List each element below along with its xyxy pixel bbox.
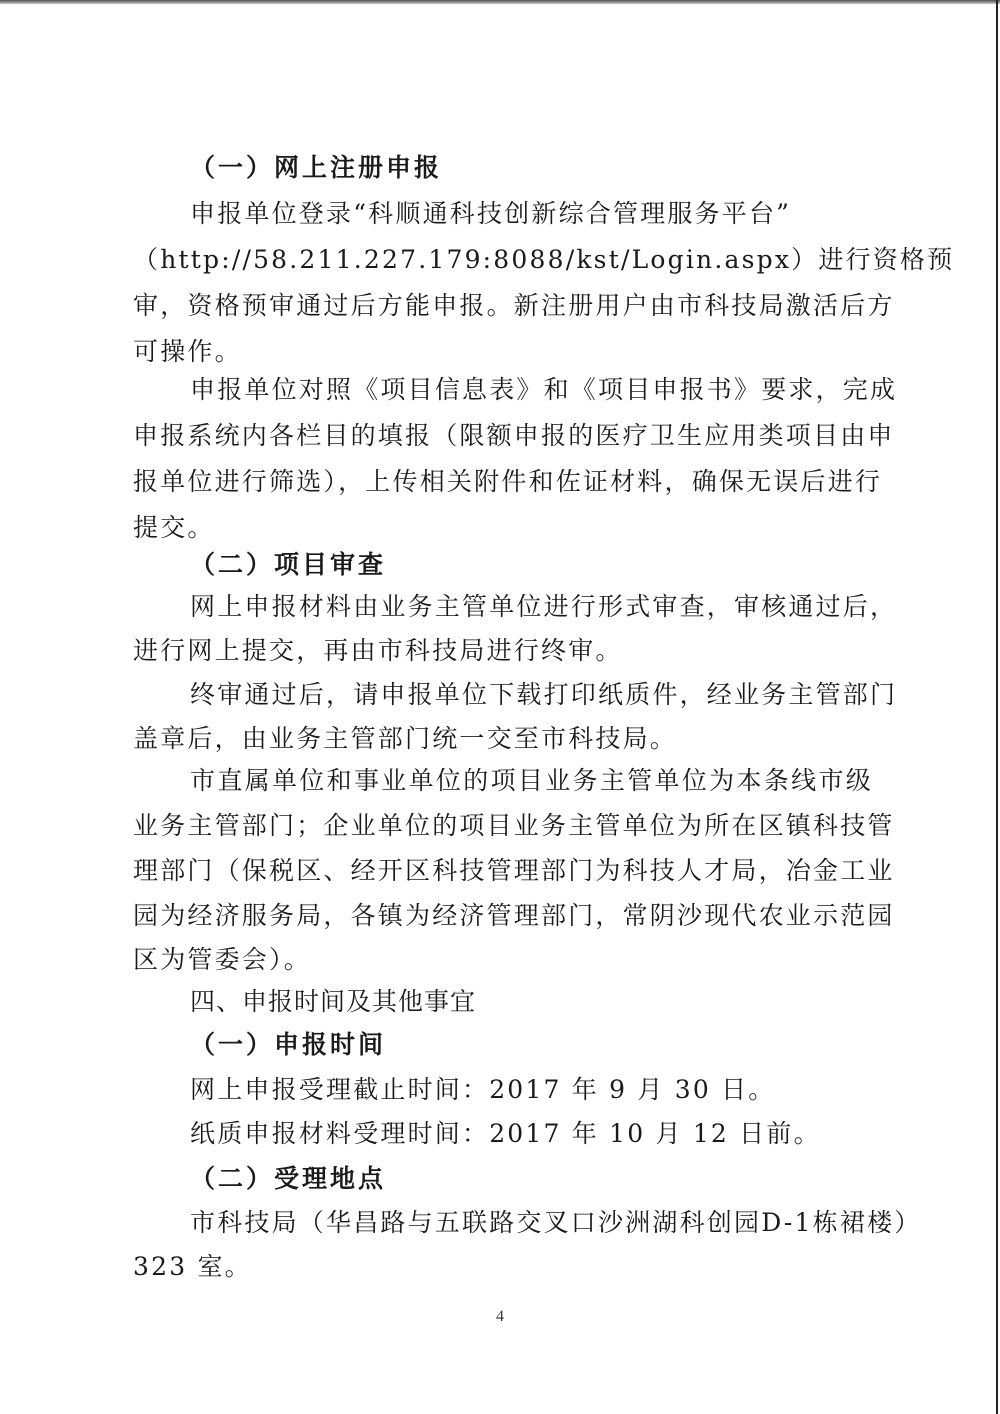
paragraph-line: 网上申报材料由业务主管单位进行形式审查，审核通过后，: [190, 592, 873, 622]
address-line: 市科技局（华昌路与五联路交叉口沙洲湖科创园D-1栋裙楼）: [190, 1208, 873, 1238]
paragraph-line: 终审通过后，请申报单位下载打印纸质件，经业务主管部门: [190, 680, 873, 710]
heading-section-four: 四、申报时间及其他事宜: [190, 987, 873, 1017]
paragraph-line: 审，资格预审通过后方能申报。新注册用户由市科技局激活后方: [133, 291, 873, 321]
paragraph-line: 市直属单位和事业单位的项目业务主管单位为本条线市级: [190, 766, 873, 796]
paragraph-line: 申报系统内各栏目的填报（限额申报的医疗卫生应用类项目由申: [133, 421, 873, 451]
paragraph-line: 提交。: [133, 513, 873, 543]
subheading-location: （二）受理地点: [190, 1164, 873, 1194]
subheading-online-registration: （一）网上注册申报: [190, 153, 873, 183]
paper-deadline: 纸质申报材料受理时间：2017 年 10 月 12 日前。: [190, 1119, 873, 1149]
scan-edge-right: [996, 0, 998, 1414]
paragraph-line: 进行网上提交，再由市科技局进行终审。: [133, 636, 873, 666]
online-deadline: 网上申报受理截止时间：2017 年 9 月 30 日。: [190, 1075, 873, 1105]
paragraph-line: 申报单位登录“科顺通科技创新综合管理服务平台”: [190, 199, 873, 229]
paragraph-line: 报单位进行筛选），上传相关附件和佐证材料，确保无误后进行: [133, 467, 873, 497]
address-line: 323 室。: [133, 1252, 873, 1282]
paragraph-line: 盖章后，由业务主管部门统一交至市科技局。: [133, 724, 873, 754]
paragraph-line: 业务主管部门；企业单位的项目业务主管单位为所在区镇科技管: [133, 811, 873, 841]
subheading-application-time: （一）申报时间: [190, 1030, 873, 1060]
page-number: 4: [0, 1308, 1000, 1326]
paragraph-line: 可操作。: [133, 337, 873, 367]
paragraph-line: 理部门（保税区、经开区科技管理部门为科技人才局，冶金工业: [133, 856, 873, 886]
paragraph-line-url: （http://58.211.227.179:8088/kst/Login.as…: [133, 245, 873, 275]
paragraph-line: 园为经济服务局，各镇为经济管理部门，常阴沙现代农业示范园: [133, 901, 873, 931]
scan-edge-top: [0, 0, 1000, 4]
paragraph-line: 区为管委会）。: [133, 945, 873, 975]
subheading-project-review: （二）项目审查: [190, 550, 873, 580]
paragraph-line: 申报单位对照《项目信息表》和《项目申报书》要求，完成: [190, 375, 873, 405]
